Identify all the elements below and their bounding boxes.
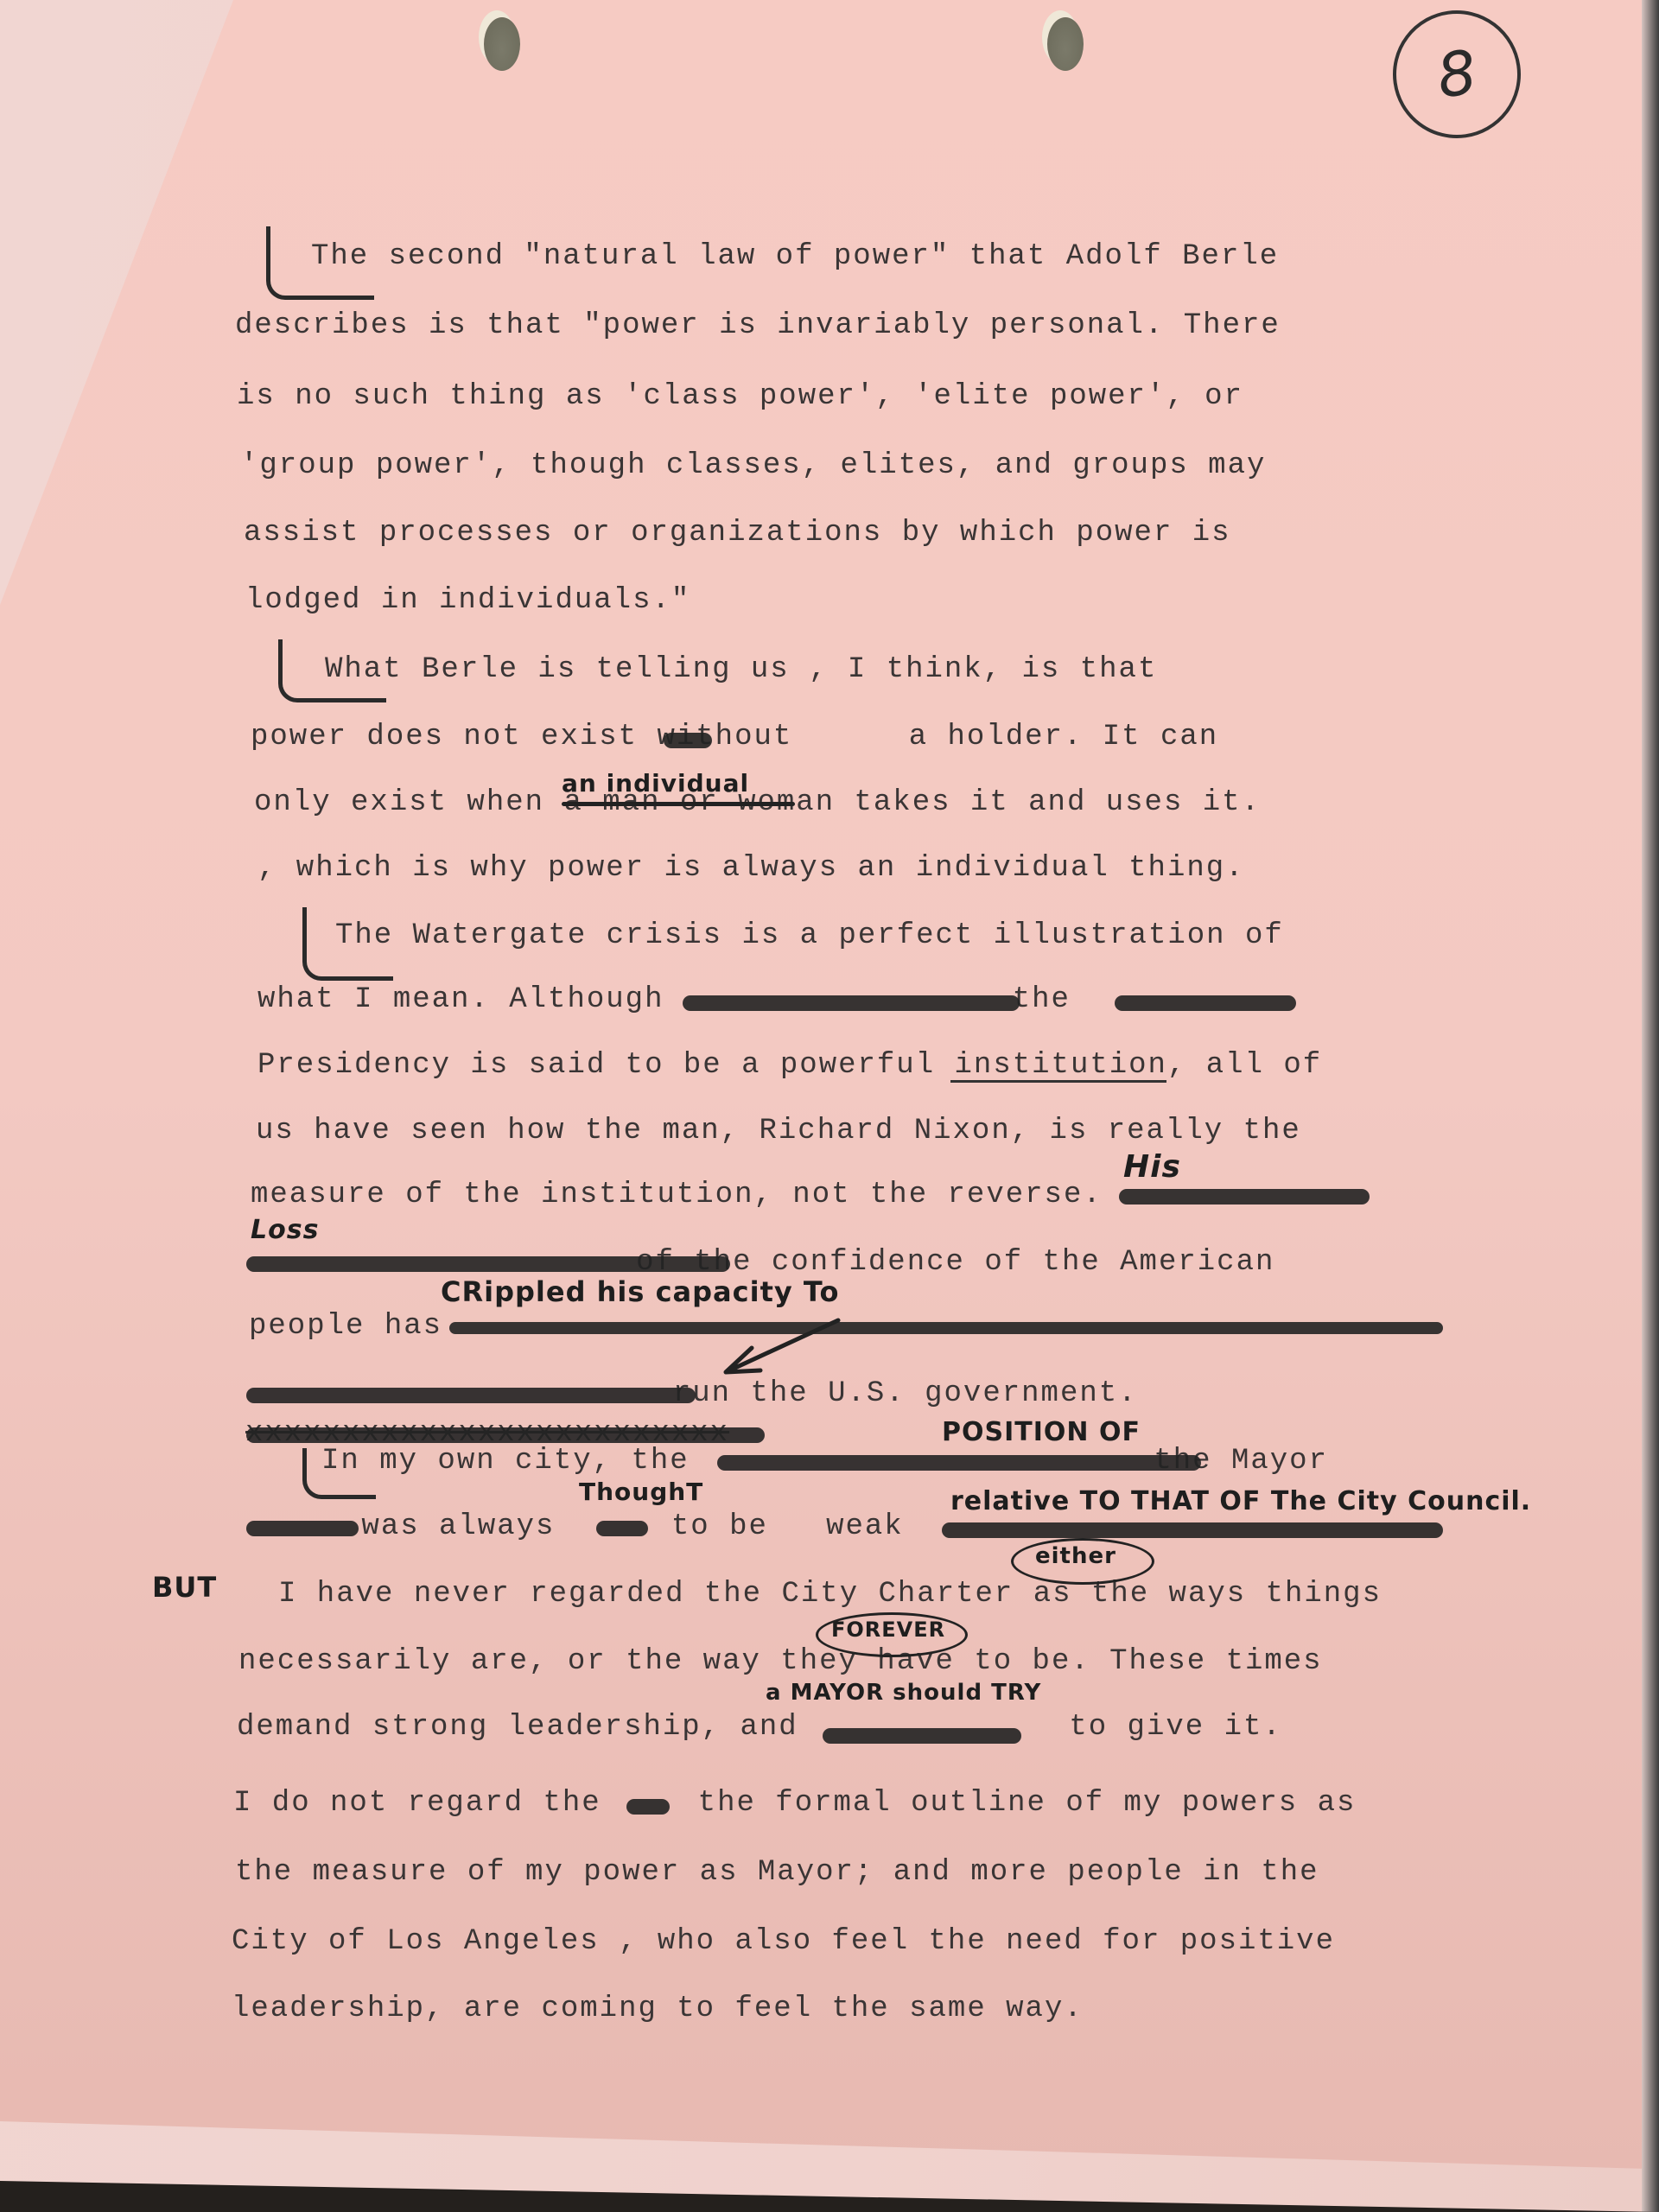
text-line: What Berle is telling us , I think, is t… [325, 653, 1157, 686]
handwritten-insert: His [1123, 1149, 1181, 1185]
text-line: I have never regarded the City Charter a… [278, 1578, 1382, 1611]
redaction-mark [596, 1521, 648, 1536]
paragraph-mark-icon [266, 226, 374, 300]
underline-institution [950, 1080, 1166, 1083]
text-line: , which is why power is always an indivi… [257, 852, 1245, 885]
text-line: lodged in individuals." [245, 584, 690, 617]
text-line: is no such thing as 'class power', 'elit… [237, 380, 1243, 413]
handwritten-insert: CRippled his capacity To [441, 1275, 839, 1308]
text-line: City of Los Angeles , who also feel the … [232, 1925, 1335, 1958]
handwritten-insert: either [1035, 1543, 1116, 1569]
handwritten-insert: BUT [152, 1571, 217, 1604]
paragraph-mark-icon [278, 639, 386, 702]
paragraph-mark-icon [302, 907, 393, 981]
text-line: people has [249, 1310, 442, 1343]
text-line: measure of the institution, not the reve… [251, 1179, 1103, 1211]
text-line: necessarily are, or the way they have to… [238, 1645, 1323, 1678]
typed-text-body: The second "natural law of power" that A… [0, 0, 1659, 1248]
text-line: us have seen how the man, Richard Nixon,… [256, 1115, 1301, 1147]
text-line: The second "natural law of power" that A… [311, 240, 1279, 273]
redaction-mark [664, 733, 712, 748]
text-line: demand strong leadership, and to give it… [237, 1711, 1282, 1744]
redaction-mark [626, 1799, 670, 1815]
paragraph-mark-icon [302, 1448, 376, 1499]
strikethrough-man-or-woman [562, 802, 795, 806]
handwritten-insert: an individual [562, 769, 749, 798]
text-line: power does not exist without a holder. I… [251, 721, 1218, 753]
text-line: The Watergate crisis is a perfect illust… [335, 919, 1284, 952]
redaction-mark [449, 1322, 1443, 1334]
redaction-mark [717, 1455, 1201, 1471]
text-line: I do not regard the the formal outline o… [233, 1787, 1356, 1820]
redaction-mark [1115, 995, 1296, 1011]
handwritten-insert: FOREVER [831, 1618, 945, 1642]
handwritten-insert: POSITION OF [942, 1417, 1141, 1447]
handwritten-insert: a MAYOR should TRY [766, 1680, 1041, 1706]
redaction-mark [942, 1522, 1443, 1538]
redaction-mark [823, 1728, 1021, 1744]
redaction-mark [1119, 1189, 1370, 1205]
handwritten-insert: relative TO THAT OF The City Council. [950, 1486, 1531, 1516]
text-line: describes is that "power is invariably p… [235, 309, 1281, 342]
text-line: the measure of my power as Mayor; and mo… [235, 1856, 1319, 1889]
handwritten-insert: Loss [251, 1215, 319, 1245]
handwritten-insert: ThoughT [579, 1478, 703, 1506]
redaction-mark [246, 1388, 696, 1403]
redaction-mark [683, 995, 1020, 1011]
redaction-mark [246, 1427, 765, 1443]
redaction-mark [246, 1256, 730, 1272]
text-line: leadership, are coming to feel the same … [232, 1993, 1084, 2025]
text-line: 'group power', though classes, elites, a… [240, 449, 1266, 482]
text-line: assist processes or organizations by whi… [244, 517, 1231, 550]
insert-arrow-icon [709, 1313, 847, 1382]
text-line: Presidency is said to be a powerful inst… [257, 1049, 1322, 1082]
redaction-mark [246, 1521, 359, 1536]
